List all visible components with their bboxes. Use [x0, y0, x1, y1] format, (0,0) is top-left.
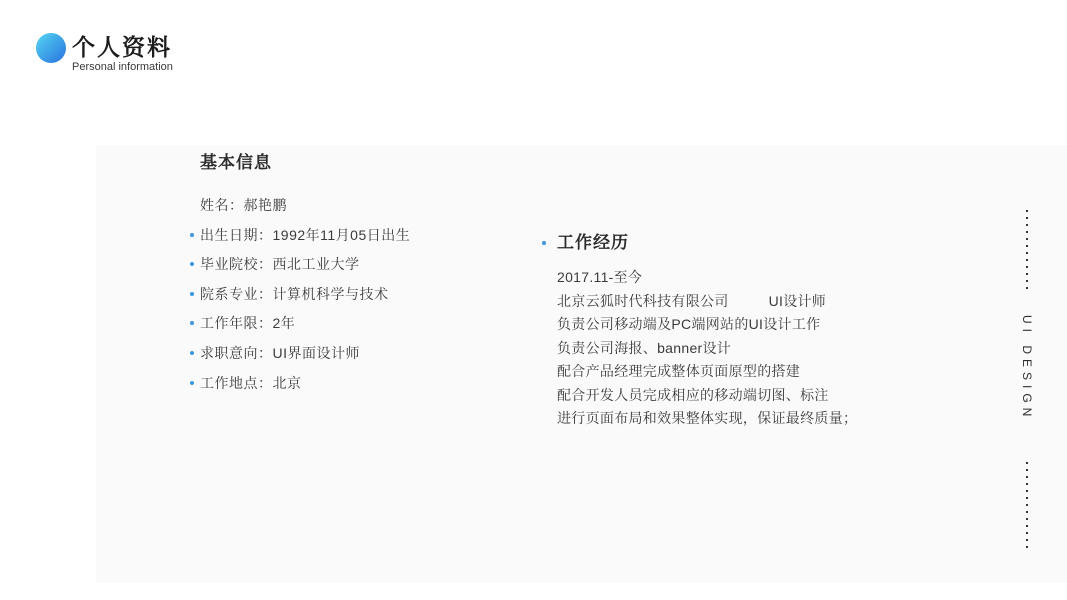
info-list-item: 院系专业：计算机科学与技术 [200, 286, 530, 302]
basic-info-section: 基本信息 姓名：郝艳鹏 出生日期：1992年11月05日出生 [200, 153, 530, 404]
duty-line: 配合开发人员完成相应的移动端切图、标注 [557, 384, 902, 408]
work-experience-section: 工作经历 2017.11-至今 北京云狐时代科技有限公司 UI设计师 负责公司移… [542, 233, 902, 431]
bullet-dot-icon [190, 292, 194, 296]
bullet-dot-icon [190, 381, 194, 385]
work-experience-heading-text: 工作经历 [557, 233, 629, 252]
basic-info-heading: 基本信息 [200, 153, 530, 172]
info-item-text: 工作地点：北京 [200, 373, 302, 393]
basic-info-list: 姓名：郝艳鹏 出生日期：1992年11月05日出生 毕业院校：西北工业大学 [200, 197, 530, 391]
duty-line: 进行页面布局和效果整体实现，保证最终质量； [557, 407, 902, 431]
side-label: UI DESIGN [1020, 315, 1034, 421]
resume-slide: 个人资料 Personal information 基本信息 姓名：郝艳鹏 出生… [0, 0, 1067, 600]
work-experience-heading: 工作经历 [542, 233, 902, 252]
bullet-dot-icon [542, 241, 546, 245]
duty-line: 负责公司海报、banner设计 [557, 337, 902, 361]
duty-line: 配合产品经理完成整体页面原型的搭建 [557, 360, 902, 384]
info-item-text: 工作年限：2年 [200, 313, 295, 333]
side-decoration: UI DESIGN [1019, 0, 1035, 600]
info-item-text: 姓名：郝艳鹏 [200, 195, 287, 215]
dotted-line-bottom [1026, 462, 1028, 553]
info-list-item: 毕业院校：西北工业大学 [200, 256, 530, 272]
work-period: 2017.11-至今 [557, 266, 902, 290]
bullet-dot-icon [190, 262, 194, 266]
info-item-text: 院系专业：计算机科学与技术 [200, 284, 389, 304]
info-list-item: 工作地点：北京 [200, 375, 530, 391]
job-title: UI设计师 [769, 290, 827, 314]
duty-line: 负责公司移动端及PC端网站的UI设计工作 [557, 313, 902, 337]
bullet-dot-icon [190, 321, 194, 325]
info-list-item: 姓名：郝艳鹏 [200, 197, 530, 213]
info-list-item: 出生日期：1992年11月05日出生 [200, 227, 530, 243]
company-name: 北京云狐时代科技有限公司 [557, 290, 729, 314]
content-card: 基本信息 姓名：郝艳鹏 出生日期：1992年11月05日出生 [96, 145, 1067, 583]
bullet-dot-icon [190, 351, 194, 355]
header-text: 个人资料 Personal information [72, 33, 173, 74]
info-list-item: 工作年限：2年 [200, 315, 530, 331]
info-item-text: 毕业院校：西北工业大学 [200, 254, 360, 274]
slide-header: 个人资料 Personal information [36, 33, 173, 74]
page-title: 个人资料 [72, 34, 173, 60]
company-line: 北京云狐时代科技有限公司 UI设计师 [557, 290, 902, 314]
info-item-text: 出生日期：1992年11月05日出生 [200, 225, 410, 245]
info-list-item: 求职意向：UI界面设计师 [200, 345, 530, 361]
duties-list: 负责公司移动端及PC端网站的UI设计工作 负责公司海报、banner设计 配合产… [557, 313, 902, 431]
info-item-text: 求职意向：UI界面设计师 [200, 343, 360, 363]
page-subtitle: Personal information [72, 61, 173, 74]
brand-circle-icon [36, 33, 66, 63]
work-experience-body: 2017.11-至今 北京云狐时代科技有限公司 UI设计师 负责公司移动端及PC… [557, 266, 902, 431]
bullet-dot-icon [190, 233, 194, 237]
dotted-line-top [1026, 210, 1028, 292]
